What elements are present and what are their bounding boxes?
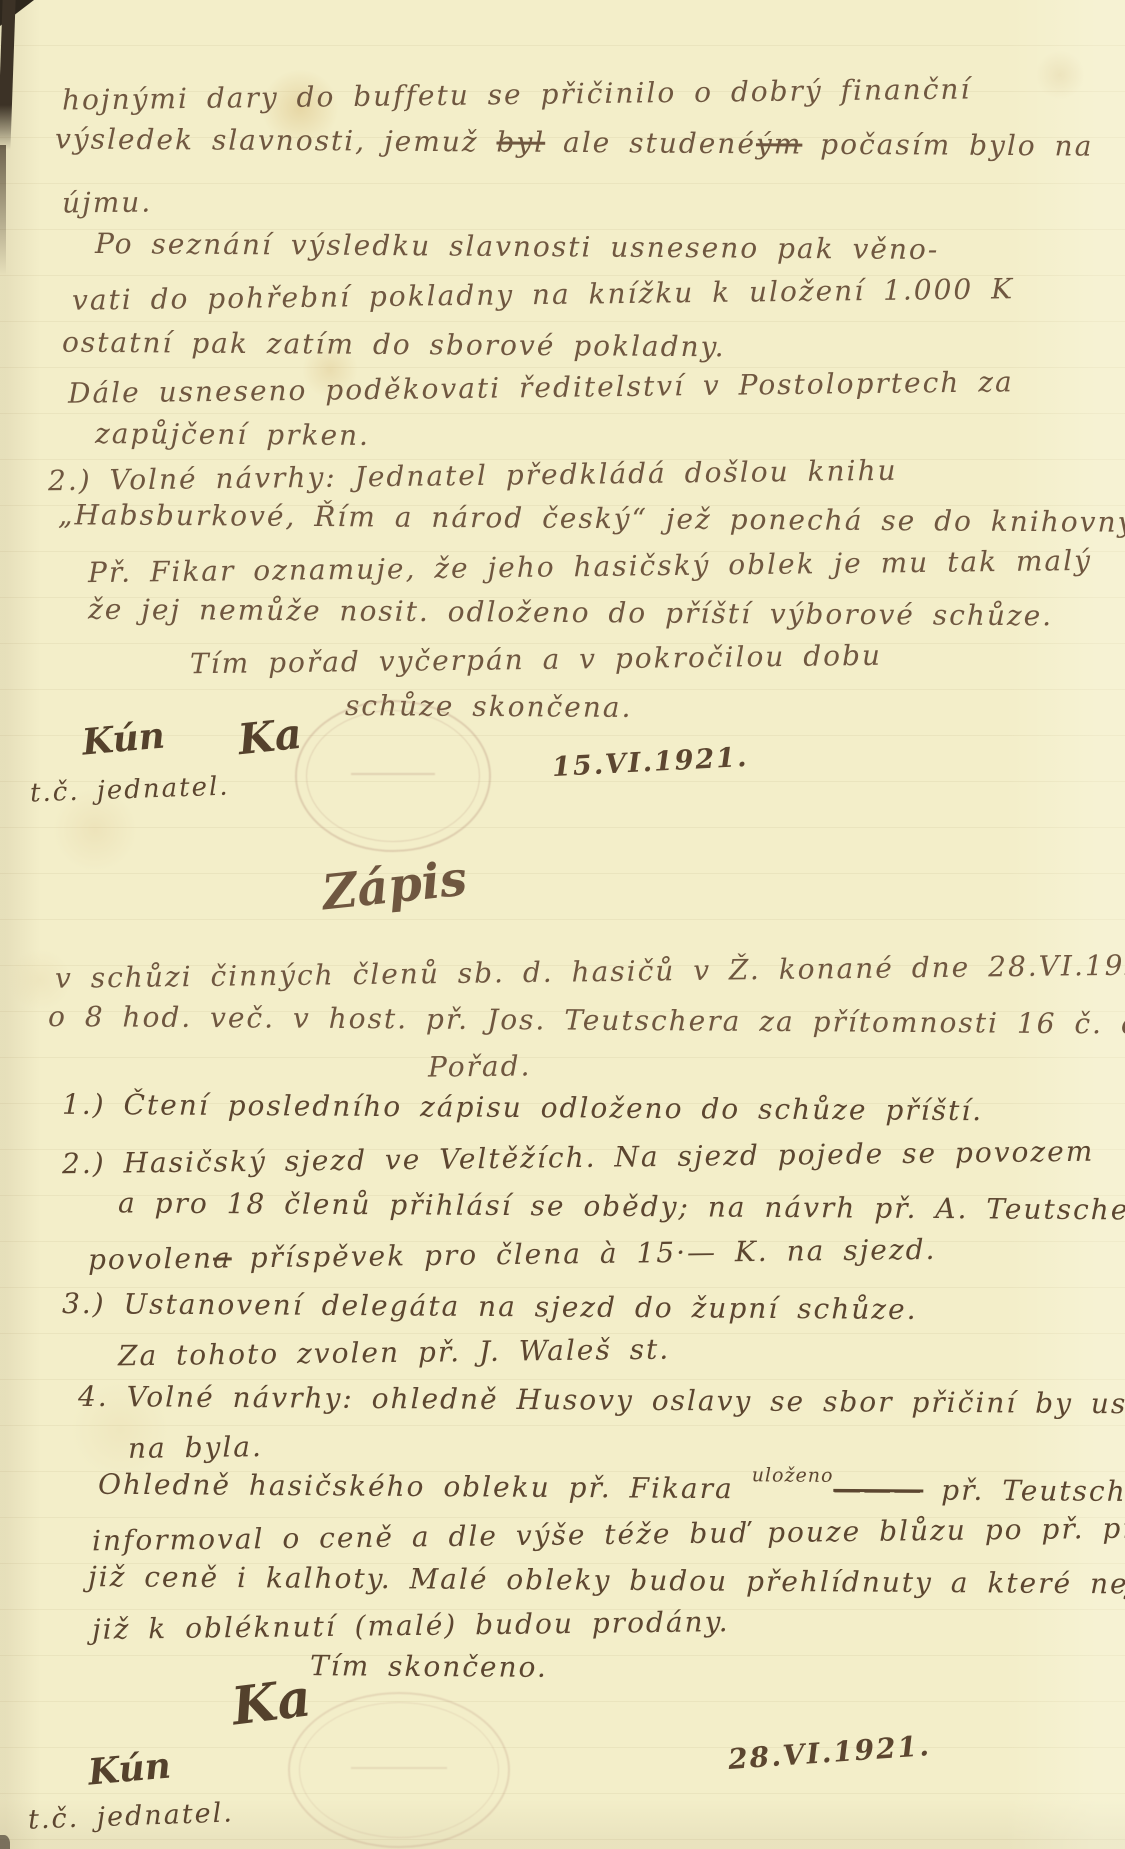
handwritten-line: Dále usneseno poděkovati ředitelství v P… bbox=[68, 367, 1014, 409]
signature: Kún bbox=[80, 714, 166, 763]
handwritten-line: Př. Fikar oznamuje, že jeho hasičský obl… bbox=[88, 546, 1092, 589]
text-segment: povolen bbox=[88, 1242, 213, 1277]
handwritten-line: v schůzi činných členů sb. d. hasičů v Ž… bbox=[55, 950, 1125, 994]
handwritten-line: 3.) Ustanovení delegáta na sjezd do župn… bbox=[62, 1289, 918, 1326]
section-heading: Zápis bbox=[319, 851, 469, 922]
struck-text: ——— bbox=[833, 1473, 923, 1507]
handwritten-line: výsledek slavnosti, jemuž byl ale studen… bbox=[55, 124, 1094, 162]
handwritten-line: o 8 hod. več. v host. př. Jos. Teutscher… bbox=[48, 1002, 1125, 1041]
text-segment: Ohledně hasičského obleku př. Fikara bbox=[98, 1468, 752, 1506]
agenda-label: Pořad. bbox=[428, 1051, 532, 1083]
date: 15.VI.1921. bbox=[551, 743, 749, 783]
handwritten-line: již ceně i kalhoty. Malé obleky budou př… bbox=[88, 1562, 1125, 1601]
ink-stamp-bar bbox=[351, 1767, 447, 1769]
handwritten-line: zapůjčení prken. bbox=[95, 419, 370, 452]
text-segment: příspěvek pro člena à 15·— K. na sjezd. bbox=[232, 1233, 937, 1275]
handwritten-line: že jej nemůže nosit. odloženo do příští … bbox=[88, 595, 1053, 633]
scan-edge-artifact bbox=[0, 1835, 10, 1849]
handwritten-line: 1.) Čtení posledního zápisu odloženo do … bbox=[62, 1090, 983, 1127]
date: 28.VI.1921. bbox=[727, 1731, 932, 1776]
handwritten-line: a pro 18 členů přihlásí se obědy; na náv… bbox=[118, 1188, 1125, 1226]
handwritten-line: ostatní pak zatím do sborové pokladny. bbox=[62, 328, 726, 363]
scan-edge-artifact bbox=[0, 145, 6, 275]
handwritten-line: 4. Volné návrhy: ohledně Husovy oslavy s… bbox=[78, 1382, 1125, 1421]
signature: Kún bbox=[86, 1744, 172, 1793]
handwritten-line: hojnými dary do buffetu se přičinilo o d… bbox=[62, 74, 972, 116]
handwritten-line: informoval o ceně a dle výše téže buď po… bbox=[92, 1512, 1125, 1557]
handwritten-line: Ohledně hasičského obleku př. Fikara ulo… bbox=[98, 1470, 1125, 1509]
handwritten-line: Po seznání výsledku slavnosti usneseno p… bbox=[95, 229, 939, 266]
struck-text: byl bbox=[496, 125, 545, 158]
text-segment: ale studené bbox=[545, 126, 756, 160]
ink-stamp-bar bbox=[351, 773, 435, 775]
ink-stamp-oval bbox=[295, 700, 491, 852]
handwritten-line: povolena příspěvek pro člena à 15·— K. n… bbox=[88, 1235, 937, 1276]
text-segment: výsledek slavnosti, jemuž bbox=[55, 122, 497, 158]
handwritten-line: újmu. bbox=[62, 187, 153, 219]
struck-text: ým bbox=[756, 127, 803, 160]
handwritten-line: „Habsburkové, Řím a národ český“ jež pon… bbox=[58, 500, 1125, 538]
text-segment: počasím bylo na bbox=[802, 128, 1093, 163]
handwritten-line: Za tohoto zvolen př. J. Waleš st. bbox=[118, 1335, 671, 1373]
signature-role: t.č. jednatel. bbox=[28, 1798, 235, 1835]
ink-stamp-inner-ring bbox=[299, 1702, 499, 1838]
handwritten-line: 2.) Hasičský sjezd ve Veltěžích. Na sjez… bbox=[62, 1137, 1095, 1180]
text-segment: př. Teutscherovi by se bbox=[923, 1474, 1125, 1510]
signature-role: t.č. jednatel. bbox=[30, 773, 230, 809]
handwritten-line: na byla. bbox=[128, 1432, 263, 1464]
signature: Ka bbox=[229, 1667, 315, 1737]
handwritten-line: Tím skončeno. bbox=[310, 1651, 548, 1683]
signature: Ka bbox=[236, 709, 304, 764]
ink-stamp-oval bbox=[288, 1692, 510, 1848]
scanned-document-page: hojnými dary do buffetu se přičinilo o d… bbox=[0, 0, 1125, 1849]
handwritten-line: Tím pořad vyčerpán a v pokročilou dobu bbox=[190, 641, 882, 680]
scan-edge-artifact bbox=[0, 0, 16, 150]
handwritten-line: vati do pohřební pokladny na knížku k ul… bbox=[72, 274, 1014, 316]
struck-text: a bbox=[213, 1241, 232, 1274]
handwritten-line: 2.) Volné návrhy: Jednatel předkládá doš… bbox=[48, 456, 898, 497]
inserted-text: uloženo bbox=[752, 1465, 834, 1486]
handwritten-line: již k obléknutí (malé) budou prodány. bbox=[92, 1607, 730, 1646]
ink-stamp-inner-ring bbox=[306, 710, 480, 842]
